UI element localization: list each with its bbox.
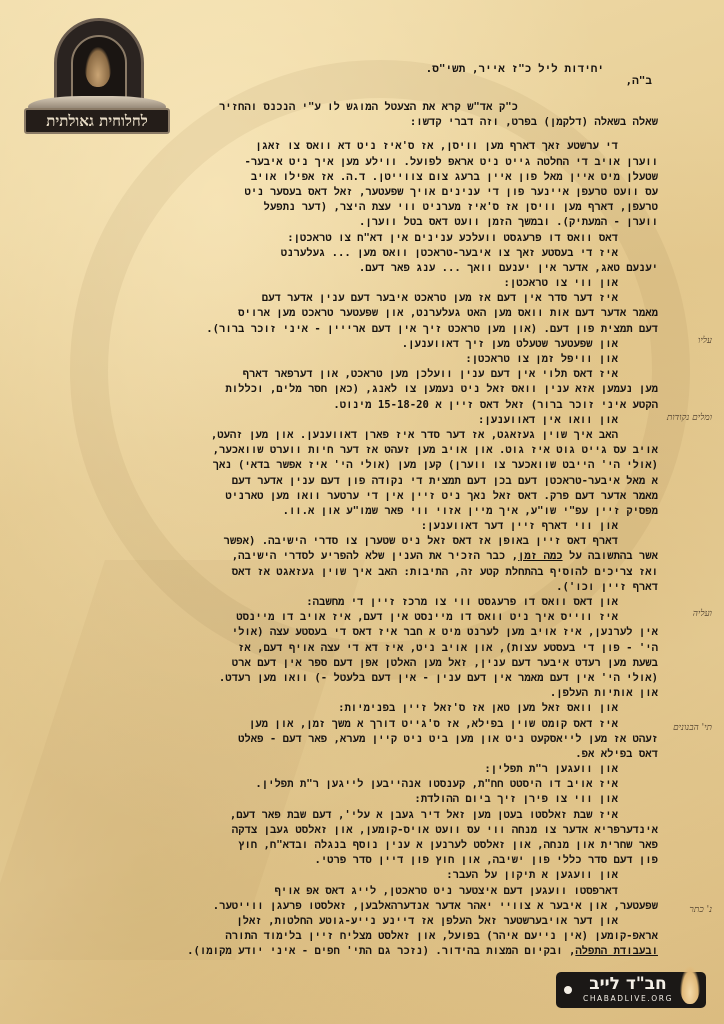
- text-line: פאר שחרית און מנחה, און זאלסט לערנען א ע…: [58, 838, 658, 853]
- text-line: און ווי דארף זיין דער דאווענען:: [58, 519, 658, 534]
- text-line: (אולי הי' אין דעם מאמר אין דעם ענין - אי…: [58, 671, 658, 686]
- handwritten-margin-note: עליו: [698, 335, 712, 346]
- text-line: זעהט אז מען לייאסקעט ניט און מען ביט ניט…: [58, 732, 658, 747]
- handwritten-margin-note: ועליה: [693, 608, 712, 619]
- text-line: און אותיות העלפן.: [58, 686, 658, 701]
- text-line: איז דאס תלוי אין דעם ענין וועלכן מען טרא…: [58, 367, 658, 382]
- text-line: און שפעטער שטעלט מען זיך דאווענען.: [58, 337, 658, 352]
- text-line: ווערן - המעתיק). ובמשך הזמן וועט דאס בטל…: [58, 215, 658, 230]
- text-line: א מאל איבער-טראכטן דעם בכן דעם תמצית די …: [58, 474, 658, 489]
- text-line: און ווי צו פירן זיך ביום ההולדת:: [58, 792, 658, 807]
- text-line: יענעם טאג, אדער אין יענעם וואך ... ענג פ…: [58, 261, 658, 276]
- text-line: און וואו אין דאווענען:: [58, 413, 658, 428]
- handwritten-margin-note: ומלים נקודות: [667, 412, 712, 423]
- spacer: [58, 130, 658, 139]
- text-line: מען נעמען אזא ענין וואס זאל ניט נעמען צו…: [58, 382, 658, 397]
- text-line: און וועגען ר"ת תפלין:: [58, 762, 658, 777]
- text-line: עס וועט טרעפן איינער פון די ענינים אויך …: [58, 185, 658, 200]
- text-line: דארפסטו וועגען דעם איצטער ניט טראכטן, לי…: [58, 884, 658, 899]
- text-line: מפסיק זיין עפ"י שו"ע, איך מיין אזוי ווי …: [58, 504, 658, 519]
- text-line: ואז צריכים להוסיף בהתחלת קטע זה, התיבות:…: [58, 565, 658, 580]
- text-line: איז דער סדר אין דעם אז מען טראכט איבער ד…: [58, 291, 658, 306]
- intro-line: שאלה בשאלה (דלקמן) בפרט, וזה דברי קדשו:: [58, 115, 658, 130]
- text-line: איז ווייס איך ניט וואס דו מיינסט אין דעם…: [58, 610, 658, 625]
- text-line: שטעלן מיט איין מאל פון איין ברעג צום צוו…: [58, 170, 658, 185]
- text-line: אויב עס גייט גוט איז גוט. און אויב מען ז…: [58, 443, 658, 458]
- chabadlive-url-text: CHABADLIVE.ORG: [580, 994, 676, 1004]
- document-title: יחידות ליל כ"ז אייר, תשי"ס.: [426, 62, 604, 76]
- bh-heading: ב"ה,: [626, 74, 652, 88]
- text-line: דעם תמצית פון דעם. (און מען טראכט זיך אי…: [58, 322, 658, 337]
- text-line: און וואס זאל מען טאן אז ס'זאל זיין בפנימ…: [58, 701, 658, 716]
- dot-icon: [564, 986, 572, 994]
- text-line: און וועגען א תיקון על העבר:: [58, 868, 658, 883]
- handwritten-margin-note: תי' הבנונים: [673, 722, 712, 733]
- text-line: דאס בפילא אפ.: [58, 747, 658, 762]
- text-line: שפעטער, און איבער א צוויי יאהר אדער אנדע…: [58, 899, 658, 914]
- text-line: האב איך שוין געזאגט, אז דער סדר איז פארן…: [58, 428, 658, 443]
- chabadlive-logo[interactable]: חב"ד לייב CHABADLIVE.ORG: [556, 972, 706, 1008]
- document-body: כ"ק אד"ש קרא את הצעטל המוגש לו ע"י הנכנס…: [58, 100, 658, 960]
- handwritten-margin-note: נ' כתר: [689, 904, 712, 915]
- text-line: טרעפן, דארף מען וויסן אז ס'איז מערניט וו…: [58, 200, 658, 215]
- flame-icon: [85, 47, 111, 87]
- text-line: די ערשטע זאך דארף מען וויסן, אז ס'איז ני…: [58, 139, 658, 154]
- text-line: הי' - פון די בעסטע עצות), און אויב ניט, …: [58, 641, 658, 656]
- text-line: איז די בעסטע זאך צו איבער-טראכטן וואס מע…: [58, 246, 658, 261]
- text-line: איז אויב דו היסטט חח"ת, קענסטו אנהייבען …: [58, 777, 658, 792]
- text-line: און ווי צו טראכטן:: [58, 276, 658, 291]
- text-line: אשר בהתשובה על כמה זמן, כבר הזכיר את הענ…: [58, 549, 658, 564]
- paragraph-list: די ערשטע זאך דארף מען וויסן, אז ס'איז ני…: [58, 139, 658, 959]
- flame-icon: [680, 966, 700, 1004]
- intro-line: כ"ק אד"ש קרא את הצעטל המוגש לו ע"י הנכנס…: [58, 100, 658, 115]
- text-line: אינדערפריא אדער צו מנחה ווי עס וועט אויס…: [58, 823, 658, 838]
- text-line: איז דאס קומט שוין בפילא, אז ס'גייט דורך …: [58, 717, 658, 732]
- text-line: דארף דאס זיין באופן אז דאס זאל ניט שטערן…: [58, 534, 658, 549]
- text-line: אראפ-קומען (אין נייעם איהר) בפועל, און ז…: [58, 929, 658, 944]
- text-line: דארף זיין וכו').: [58, 580, 658, 595]
- text-line: איז שבת זאלסטו בעטן מען זאל דיר געבן א ע…: [58, 808, 658, 823]
- chabadlive-hebrew-text: חב"ד לייב: [580, 973, 676, 995]
- text-line: מאמר אדער דעם אות וואס מען האט געלערנט, …: [58, 306, 658, 321]
- text-line: אין לערנען, איז אויב מען לערנט מיט א חבר…: [58, 625, 658, 640]
- text-line: און וויפל זמן צו טראכטן:: [58, 352, 658, 367]
- text-line: פון דעם סדר כללי פון ישיבה, און חוץ פון …: [58, 853, 658, 868]
- underlined-phrase: כמה זמן: [518, 550, 563, 562]
- text-line: און דאס וואס דו פרעגסט ווי צו מרכז זיין …: [58, 595, 658, 610]
- text-line: ווערן אויב די החלטה גייט ניט אראפ לפועל.…: [58, 155, 658, 170]
- text-line: ובעבודת התפלה, ובקיום המצות בהידור. (נזכ…: [58, 944, 658, 959]
- text-line: דאס וואס דו פרעגסט וועלכע ענינים אין דא"…: [58, 231, 658, 246]
- text-line: (אולי הי' הייבט שוואכער צו ווערן) קען מע…: [58, 458, 658, 473]
- underlined-phrase: ובעבודת התפלה: [575, 945, 658, 957]
- text-line: מאמר אדער דעם פרק. דאס זאל נאך ניט זיין …: [58, 489, 658, 504]
- text-line: און דער אויבערשטער זאל העלפן אז דיינע ני…: [58, 914, 658, 929]
- text-line: בשעת מען רעדט איבער דעם ענין, זאל מען הא…: [58, 656, 658, 671]
- text-line: הקטע איני זוכר ברור) זאל דאס זיין א 15-1…: [58, 398, 658, 413]
